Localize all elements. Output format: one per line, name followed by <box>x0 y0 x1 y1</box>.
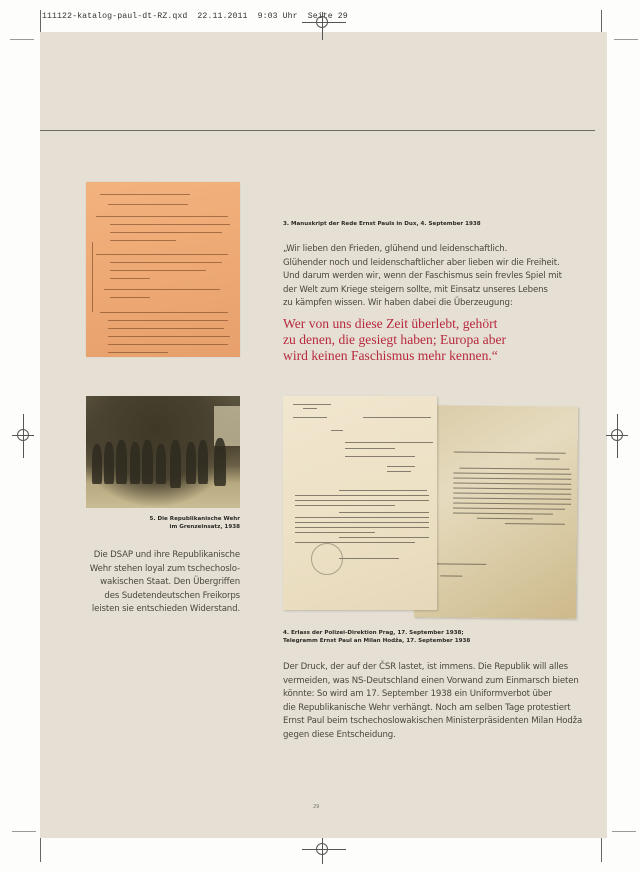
crop-mark-top-left-h <box>10 39 34 40</box>
side-paragraph-line: leisten sie entschieden Widerstand. <box>86 603 240 617</box>
quote-line: zu kämpfen wissen. Wir haben dabei die Ü… <box>283 297 583 311</box>
main-paragraph-line: Ernst Paul beim tschechoslowakischen Min… <box>283 715 583 729</box>
registration-mark-left-v <box>23 414 24 458</box>
quote-line: Glühender noch und leidenschaftlicher ab… <box>283 257 583 271</box>
side-paragraph: Die DSAP und ihre Republikanische Wehr s… <box>86 549 240 617</box>
telegram-document-image <box>414 405 578 619</box>
official-stamp <box>311 543 343 575</box>
page-number: 29 <box>313 804 319 810</box>
main-paragraph-line: vermeiden, was NS-Deutschland einen Vorw… <box>283 675 583 689</box>
republican-guard-photo <box>86 396 240 508</box>
documents-caption-line: 4. Erlass der Polizei-Direktion Prag, 17… <box>283 630 583 638</box>
registration-mark-bottom-v <box>322 838 323 864</box>
quote-line: Und darum werden wir, wenn der Faschismu… <box>283 270 583 284</box>
highlighted-quote-line: Wer von uns diese Zeit überlebt, gehört <box>283 316 573 332</box>
police-decree-document-image <box>283 396 437 610</box>
photo-caption-line: im Grenzeinsatz, 1938 <box>86 524 240 532</box>
quote-line: „Wir lieben den Frieden, glühend und lei… <box>283 243 583 257</box>
quote-text: „Wir lieben den Frieden, glühend und lei… <box>283 243 583 311</box>
registration-mark-top-h <box>302 22 346 23</box>
quote-line: der Welt zum Kriege steigern sollte, mit… <box>283 284 583 298</box>
crop-mark-bottom-right-h <box>612 831 636 832</box>
documents-caption-line: Telegramm Ernst Paul an Milan Hodža, 17.… <box>283 638 583 646</box>
registration-mark-right-v <box>617 414 618 458</box>
registration-mark-right-h <box>606 435 628 436</box>
photo-caption-line: 5. Die Republikanische Wehr <box>86 516 240 524</box>
registration-mark-bottom-h <box>302 849 346 850</box>
crop-mark-bottom-left-h <box>12 831 36 832</box>
manuscript-caption: 3. Manuskript der Rede Ernst Pauls in Du… <box>283 221 481 229</box>
side-paragraph-line: Wehr stehen loyal zum tschechoslo- <box>86 563 240 577</box>
side-paragraph-line: wakischen Staat. Den Übergriffen <box>86 576 240 590</box>
highlighted-quote: Wer von uns diese Zeit überlebt, gehört … <box>283 316 573 364</box>
crop-mark-top-right-h <box>614 39 638 40</box>
crop-mark-top-right <box>601 10 602 32</box>
header-rule <box>40 130 595 131</box>
crop-mark-bottom-right <box>601 838 602 862</box>
registration-mark-top-v <box>322 12 323 40</box>
highlighted-quote-line: wird keinen Faschismus mehr kennen.“ <box>283 348 573 364</box>
manuscript-image <box>86 182 240 357</box>
photo-caption: 5. Die Republikanische Wehr im Grenzeins… <box>86 516 240 531</box>
print-slug: 111122-katalog-paul-dt-RZ.qxd 22.11.2011… <box>42 12 348 21</box>
side-paragraph-line: des Sudetendeutschen Freikorps <box>86 590 240 604</box>
main-paragraph-line: die Republikanische Wehr verhängt. Noch … <box>283 702 583 716</box>
highlighted-quote-line: zu denen, die gesiegt haben; Europa aber <box>283 332 573 348</box>
side-paragraph-line: Die DSAP und ihre Republikanische <box>86 549 240 563</box>
documents-caption: 4. Erlass der Polizei-Direktion Prag, 17… <box>283 630 583 645</box>
crop-mark-top-left <box>40 10 41 32</box>
main-paragraph-line: könnte: So wird am 17. September 1938 ei… <box>283 688 583 702</box>
main-paragraph: Der Druck, der auf der ČSR lastet, ist i… <box>283 661 583 743</box>
main-paragraph-line: gegen diese Entscheidung. <box>283 729 583 743</box>
crop-mark-bottom-left <box>40 838 41 862</box>
registration-mark-left-h <box>12 435 34 436</box>
main-paragraph-line: Der Druck, der auf der ČSR lastet, ist i… <box>283 661 583 675</box>
